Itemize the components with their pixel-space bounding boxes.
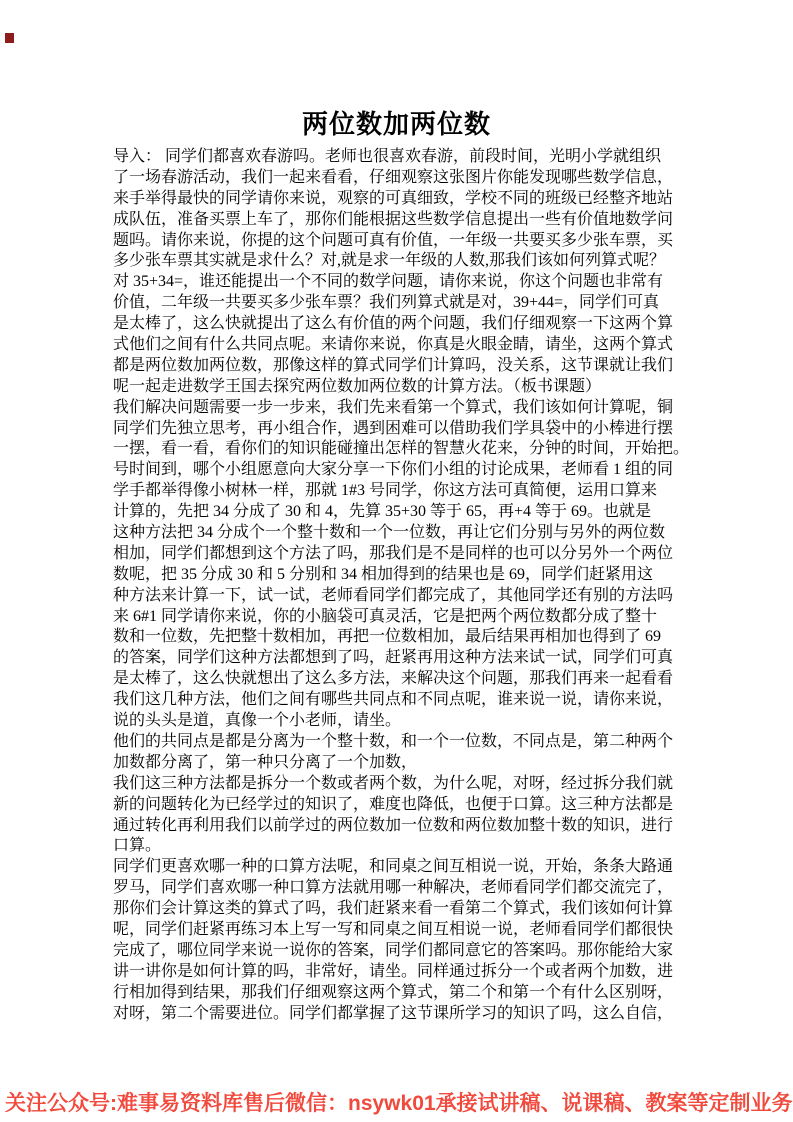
body-text-line: 那你们会计算这类的算式了吗，我们赶紧来看一看第二个算式，我们该如何计算 xyxy=(113,899,683,920)
body-text-line: 价值，二年级一共要买多少张车票？我们列算式就是对，39+44=，同学们可真 xyxy=(113,293,683,314)
body-text-line: 题吗。请你来说，你提的这个问题可真有价值，一年级一共要买多少张车票，买 xyxy=(113,231,683,252)
body-text-line: 计算的，先把 34 分成了 30 和 4，先算 35+30 等于 65，再+4 … xyxy=(113,502,683,523)
body-text-line: 式他们之间有什么共同点呢。来请你来说，你真是火眼金睛，请坐，这两个算式 xyxy=(113,335,683,356)
body-text-line: 号时间到，哪个小组愿意向大家分享一下你们小组的讨论成果，老师看 1 组的同 xyxy=(113,460,683,481)
body-text-line: 数和一位数，先把整十数相加，再把一位数相加，最后结果再相加也得到了 69 xyxy=(113,627,683,648)
footer-banner: 关注公众号:难事易资料库 售后微信：nsywk01 承接试讲稿、说课稿、教案等定… xyxy=(5,1087,789,1117)
body-text-line: 通过转化再利用我们以前学过的两位数加一位数和两位数加整十数的知识，进行 xyxy=(113,816,683,837)
body-text-line: 说的头头是道，真像一个小老师，请坐。 xyxy=(113,711,683,732)
body-text-line: 罗马，同学们喜欢哪一种口算方法就用哪一种解决，老师看同学们都交流完了， xyxy=(113,878,683,899)
document-page: 两位数加两位数 导入： 同学们都喜欢春游吗。老师也很喜欢春游，前段时间，光明小学… xyxy=(0,0,793,1122)
footer-wechat-text: 售后微信：nsywk01 xyxy=(243,1087,436,1117)
footer-official-account-text: 关注公众号:难事易资料库 xyxy=(5,1087,243,1117)
body-text-line: 多少张车票其实就是求什么？对,就是求一年级的人数,那我们该如何列算式呢？ xyxy=(113,251,683,272)
body-text-line: 口算。 xyxy=(113,836,683,857)
body-text-line: 数呢，把 35 分成 30 和 5 分别和 34 相加得到的结果也是 69，同学… xyxy=(113,565,683,586)
body-text-line: 一摆，看一看，看你们的知识能碰撞出怎样的智慧火花来，分钟的时间，开始把。 xyxy=(113,439,683,460)
body-text-line: 种方法来计算一下，试一试，老师看同学们都完成了，其他同学还有别的方法吗 xyxy=(113,586,683,607)
body-text-line: 我们这三种方法都是拆分一个数或者两个数，为什么呢，对呀，经过拆分我们就 xyxy=(113,774,683,795)
body-text-line: 来手举得最快的同学请你来说，观察的可真细致，学校不同的班级已经整齐地站 xyxy=(113,189,683,210)
body-text-line: 了一场春游活动，我们一起来看看，仔细观察这张图片你能发现哪些数学信息， xyxy=(113,168,683,189)
footer-services-text: 承接试讲稿、说课稿、教案等定制业务 xyxy=(436,1087,793,1117)
document-title: 两位数加两位数 xyxy=(0,104,793,141)
body-text-line: 我们解决问题需要一步一步来，我们先来看第一个算式，我们该如何计算呢，铜 xyxy=(113,398,683,419)
body-text-line: 导入： 同学们都喜欢春游吗。老师也很喜欢春游，前段时间，光明小学就组织 xyxy=(113,147,683,168)
body-text-line: 加数都分离了，第一种只分离了一个加数， xyxy=(113,753,683,774)
body-text-line: 相加，同学们都想到这个方法了吗，那我们是不是同样的也可以分另外一个两位 xyxy=(113,544,683,565)
body-text-line: 同学们先独立思考，再小组合作，遇到困难可以借助我们学具袋中的小棒进行摆 xyxy=(113,419,683,440)
body-text-line: 是太棒了，这么快就提出了这么有价值的两个问题，我们仔细观察一下这两个算 xyxy=(113,314,683,335)
body-text-line: 学手都举得像小树林一样，那就 1#3 号同学，你这方法可真简便，运用口算来 xyxy=(113,481,683,502)
body-text-line: 呢一起走进数学王国去探究两位数加两位数的计算方法。（板书课题） xyxy=(113,377,683,398)
body-text-line: 完成了，哪位同学来说一说你的答案，同学们都同意它的答案吗。那你能给大家 xyxy=(113,941,683,962)
body-text-line: 同学们更喜欢哪一种的口算方法呢，和同桌之间互相说一说，开始，条条大路通 xyxy=(113,857,683,878)
body-text-line: 对呀，第二个需要进位。同学们都掌握了这节课所学习的知识了吗，这么自信， xyxy=(113,1004,683,1025)
body-text-line: 行相加得到结果，那我们仔细观察这两个算式，第二个和第一个有什么区别呀， xyxy=(113,983,683,1004)
document-body: 导入： 同学们都喜欢春游吗。老师也很喜欢春游，前段时间，光明小学就组织了一场春游… xyxy=(113,147,683,1024)
body-text-line: 我们这几种方法，他们之间有哪些共同点和不同点呢，谁来说一说，请你来说， xyxy=(113,690,683,711)
corner-mark xyxy=(5,33,14,43)
body-text-line: 的答案，同学们这种方法都想到了吗，赶紧再用这种方法来试一试，同学们可真 xyxy=(113,648,683,669)
body-text-line: 成队伍，准备买票上车了，那你们能根据这些数学信息提出一些有价值地数学问 xyxy=(113,210,683,231)
body-text-line: 新的问题转化为已经学过的知识了，难度也降低，也便于口算。这三种方法都是 xyxy=(113,795,683,816)
body-text-line: 呢，同学们赶紧再练习本上写一写和同桌之间互相说一说，老师看同学们都很快 xyxy=(113,920,683,941)
body-text-line: 都是两位数加两位数，那像这样的算式同学们计算吗，没关系，这节课就让我们 xyxy=(113,356,683,377)
body-text-line: 是太棒了，这么快就想出了这么多方法，来解决这个问题，那我们再来一起看看 xyxy=(113,669,683,690)
body-text-line: 来 6#1 同学请你来说，你的小脑袋可真灵活，它是把两个两位数都分成了整十 xyxy=(113,607,683,628)
body-text-line: 讲一讲你是如何计算的吗，非常好，请坐。同样通过拆分一个或者两个加数，进 xyxy=(113,962,683,983)
body-text-line: 对 35+34=，谁还能提出一个不同的数学问题，请你来说，你这个问题也非常有 xyxy=(113,272,683,293)
body-text-line: 他们的共同点是都是分离为一个整十数，和一个一位数，不同点是，第二种两个 xyxy=(113,732,683,753)
body-text-line: 这种方法把 34 分成个一个整十数和一个一位数，再让它们分别与另外的两位数 xyxy=(113,523,683,544)
